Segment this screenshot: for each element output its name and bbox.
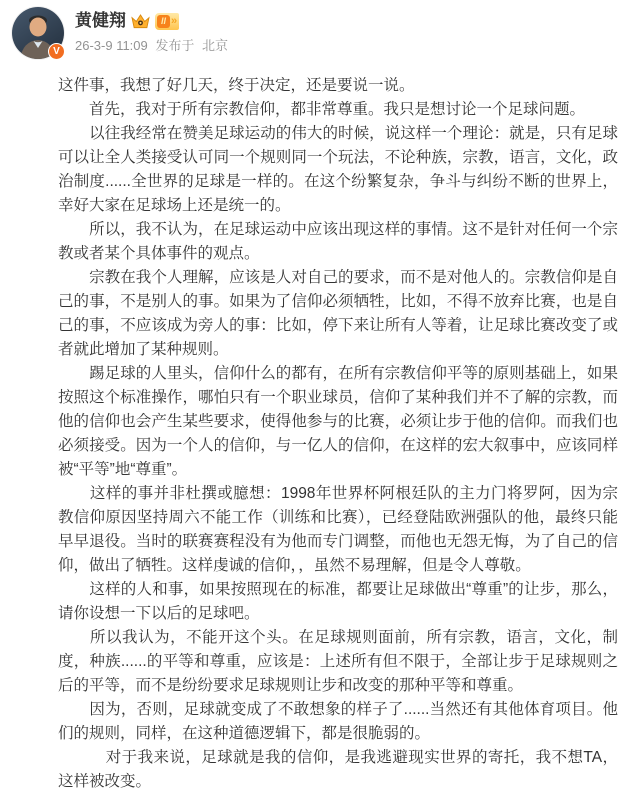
publish-label: 发布于: [155, 38, 194, 53]
author-name[interactable]: 黄健翔: [75, 11, 126, 31]
post-meta: 26-3-9 11:09 发布于 北京: [75, 38, 232, 54]
post-paragraph: 这件事，我想了好几天，终于决定，还是要说一说。: [58, 74, 618, 98]
post-paragraph: 宗教在我个人理解，应该是人对自己的要求，而不是对他人的。宗教信仰是自己的事，不是…: [58, 266, 618, 362]
post-time: 26-3-9 11:09: [75, 38, 148, 53]
vip-level-text: II: [157, 15, 170, 28]
post-content: 这件事，我想了好几天，终于决定，还是要说一说。 首先，我对于所有宗教信仰，都非常…: [0, 63, 626, 808]
post-location[interactable]: 北京: [202, 38, 228, 53]
crown-icon[interactable]: [131, 14, 150, 29]
post-paragraph: 这样的事并非杜撰或臆想：1998年世界杯阿根廷队的主力门将罗阿，因为宗教信仰原因…: [58, 482, 618, 578]
post-paragraph: 以往我经常在赞美足球运动的伟大的时候，说这样一个理论：就是，只有足球可以让全人类…: [58, 122, 618, 218]
chevron-right-icon: »: [171, 15, 177, 28]
verified-badge-icon: V: [48, 43, 65, 60]
post-paragraph: 所以我认为，不能开这个头。在足球规则面前，所有宗教，语言，文化，制度，种族...…: [58, 626, 618, 698]
avatar[interactable]: V: [12, 7, 64, 59]
post-paragraph: 首先，我对于所有宗教信仰，都非常尊重。我只是想讨论一个足球问题。: [58, 98, 618, 122]
header-info: 黄健翔 II » 26-3-9 11:09 发布于 北京: [75, 7, 232, 54]
vip-level-badge[interactable]: II »: [155, 13, 179, 30]
post-paragraph: 这样的人和事，如果按照现在的标准，都要让足球做出“尊重”的让步，那么，请你设想一…: [58, 578, 618, 626]
post-paragraph: 踢足球的人里头，信仰什么的都有，在所有宗教信仰平等的原则基础上，如果按照这个标准…: [58, 362, 618, 482]
weibo-post: V 黄健翔 II » 26-3-9 11:09 发布于: [0, 0, 626, 808]
author-row: 黄健翔 II »: [75, 11, 232, 31]
post-header: V 黄健翔 II » 26-3-9 11:09 发布于: [0, 0, 626, 63]
post-paragraph: 因为，否则，足球就变成了不敢想象的样子了......当然还有其他体育项目。他们的…: [58, 698, 618, 746]
post-paragraph: 对于我来说，足球就是我的信仰，是我逃避现实世界的寄托，我不想TA，这样被改变。: [58, 746, 618, 794]
post-paragraph: 所以，我不认为，在足球运动中应该出现这样的事情。这不是针对任何一个宗教或者某个具…: [58, 218, 618, 266]
